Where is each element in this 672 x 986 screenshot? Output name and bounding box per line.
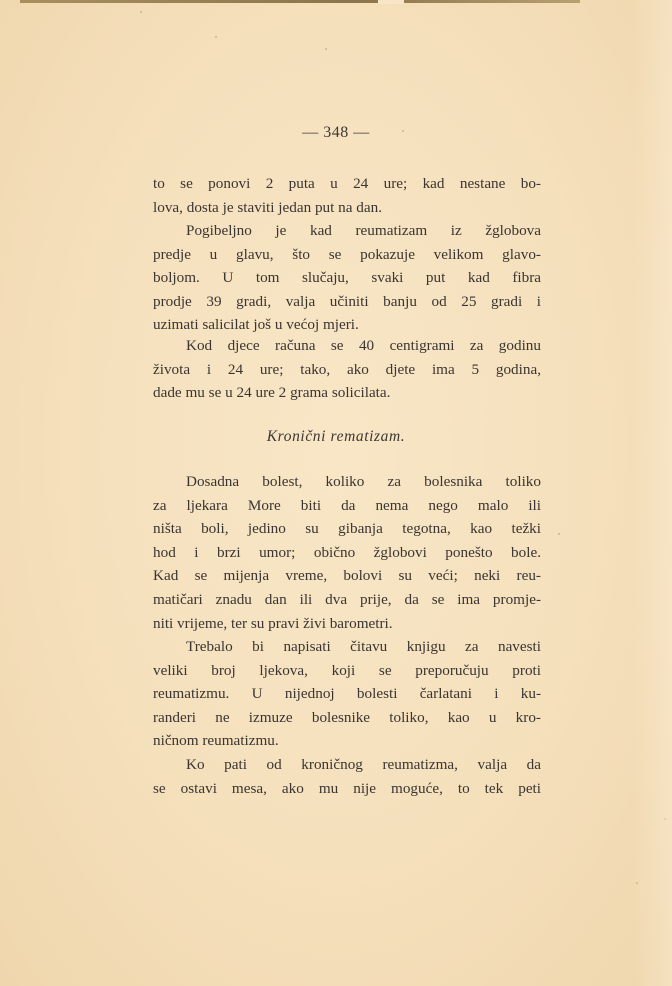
text-line: Kad se mijenja vreme, bolovi su veći; ne… (153, 564, 541, 588)
text-line: ništa boli, jedino su gibanja tegotna, k… (153, 517, 541, 541)
text-line: ničnom reumatizmu. (153, 729, 541, 753)
text-line: hod i brzi umor; obično žglobovi ponešto… (153, 541, 541, 565)
paper-speck (636, 882, 638, 884)
paper-speck (140, 11, 142, 13)
page-top-edge (20, 0, 580, 3)
paper-speck (215, 36, 217, 38)
text-line: lova, dosta je staviti jedan put na dan. (153, 196, 541, 220)
paper-speck (325, 48, 327, 50)
text-line: predje u glavu, što se pokazuje velikom … (153, 243, 541, 267)
text-line: Kod djece računa se 40 centigrami za god… (153, 334, 541, 358)
text-line: Pogibeljno je kad reumatizam iz žglobova (153, 219, 541, 243)
paragraph-dosadna: Dosadna bolest, koliko za bolesnika toli… (153, 470, 541, 635)
paragraph-pogibeljno: Pogibeljno je kad reumatizam iz žglobova… (153, 219, 541, 337)
text-line: prodje 39 gradi, valja učiniti banju od … (153, 290, 541, 314)
text-line: reumatizmu. U nijednoj bolesti čarlatani… (153, 682, 541, 706)
text-line: Trebalo bi napisati čitavu knjigu za nav… (153, 635, 541, 659)
section-heading: Kronični rematizam. (0, 428, 672, 446)
page-top-edge-gap (378, 0, 404, 4)
text-line: Ko pati od kroničnog reumatizma, valja d… (153, 753, 541, 777)
text-line: se ostavi mesa, ako mu nije moguće, to t… (153, 777, 541, 801)
text-line: dade mu se u 24 ure 2 grama solicilata. (153, 381, 541, 405)
paragraph-kod-djece: Kod djece računa se 40 centigrami za god… (153, 334, 541, 405)
paragraph-trebalo: Trebalo bi napisati čitavu knjigu za nav… (153, 635, 541, 753)
text-line: to se ponovi 2 puta u 24 ure; kad nestan… (153, 172, 541, 196)
paragraph-ko-pati: Ko pati od kroničnog reumatizma, valja d… (153, 753, 541, 800)
text-line: za ljekara More biti da nema nego malo i… (153, 494, 541, 518)
text-line: niti vrijeme, ter su pravi živi barometr… (153, 612, 541, 636)
book-page: — 348 — to se ponovi 2 puta u 24 ure; ka… (0, 0, 672, 986)
text-line: boljom. U tom slučaju, svaki put kad fib… (153, 266, 541, 290)
paragraph-continuation: to se ponovi 2 puta u 24 ure; kad nestan… (153, 172, 541, 219)
page-number: — 348 — (0, 124, 672, 142)
text-line: matičari znadu dan ili dva prije, da se … (153, 588, 541, 612)
text-line: randeri ne izmuze bolesnike toliko, kao … (153, 706, 541, 730)
text-line: veliki broj ljekova, koji se preporučuju… (153, 659, 541, 683)
text-line: života i 24 ure; tako, ako djete ima 5 g… (153, 358, 541, 382)
paper-speck (664, 818, 666, 820)
text-line: Dosadna bolest, koliko za bolesnika toli… (153, 470, 541, 494)
paper-speck (558, 533, 560, 535)
